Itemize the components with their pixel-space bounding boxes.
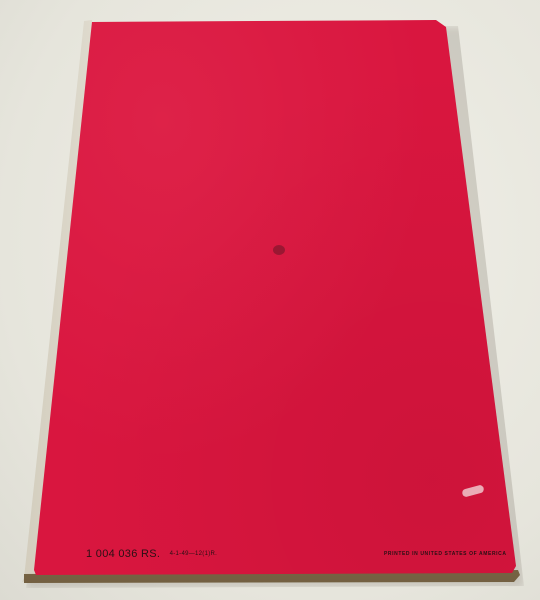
catalog-code-date: 4-1-49—12(1)R. bbox=[170, 551, 218, 557]
catalog-code: 1 004 036 RS. 4-1-49—12(1)R. bbox=[86, 548, 217, 560]
catalog-code-main: 1 004 036 RS. bbox=[86, 548, 160, 560]
printed-in-note: PRINTED IN UNITED STATES OF AMERICA bbox=[384, 551, 507, 557]
stain-spot bbox=[273, 245, 285, 255]
